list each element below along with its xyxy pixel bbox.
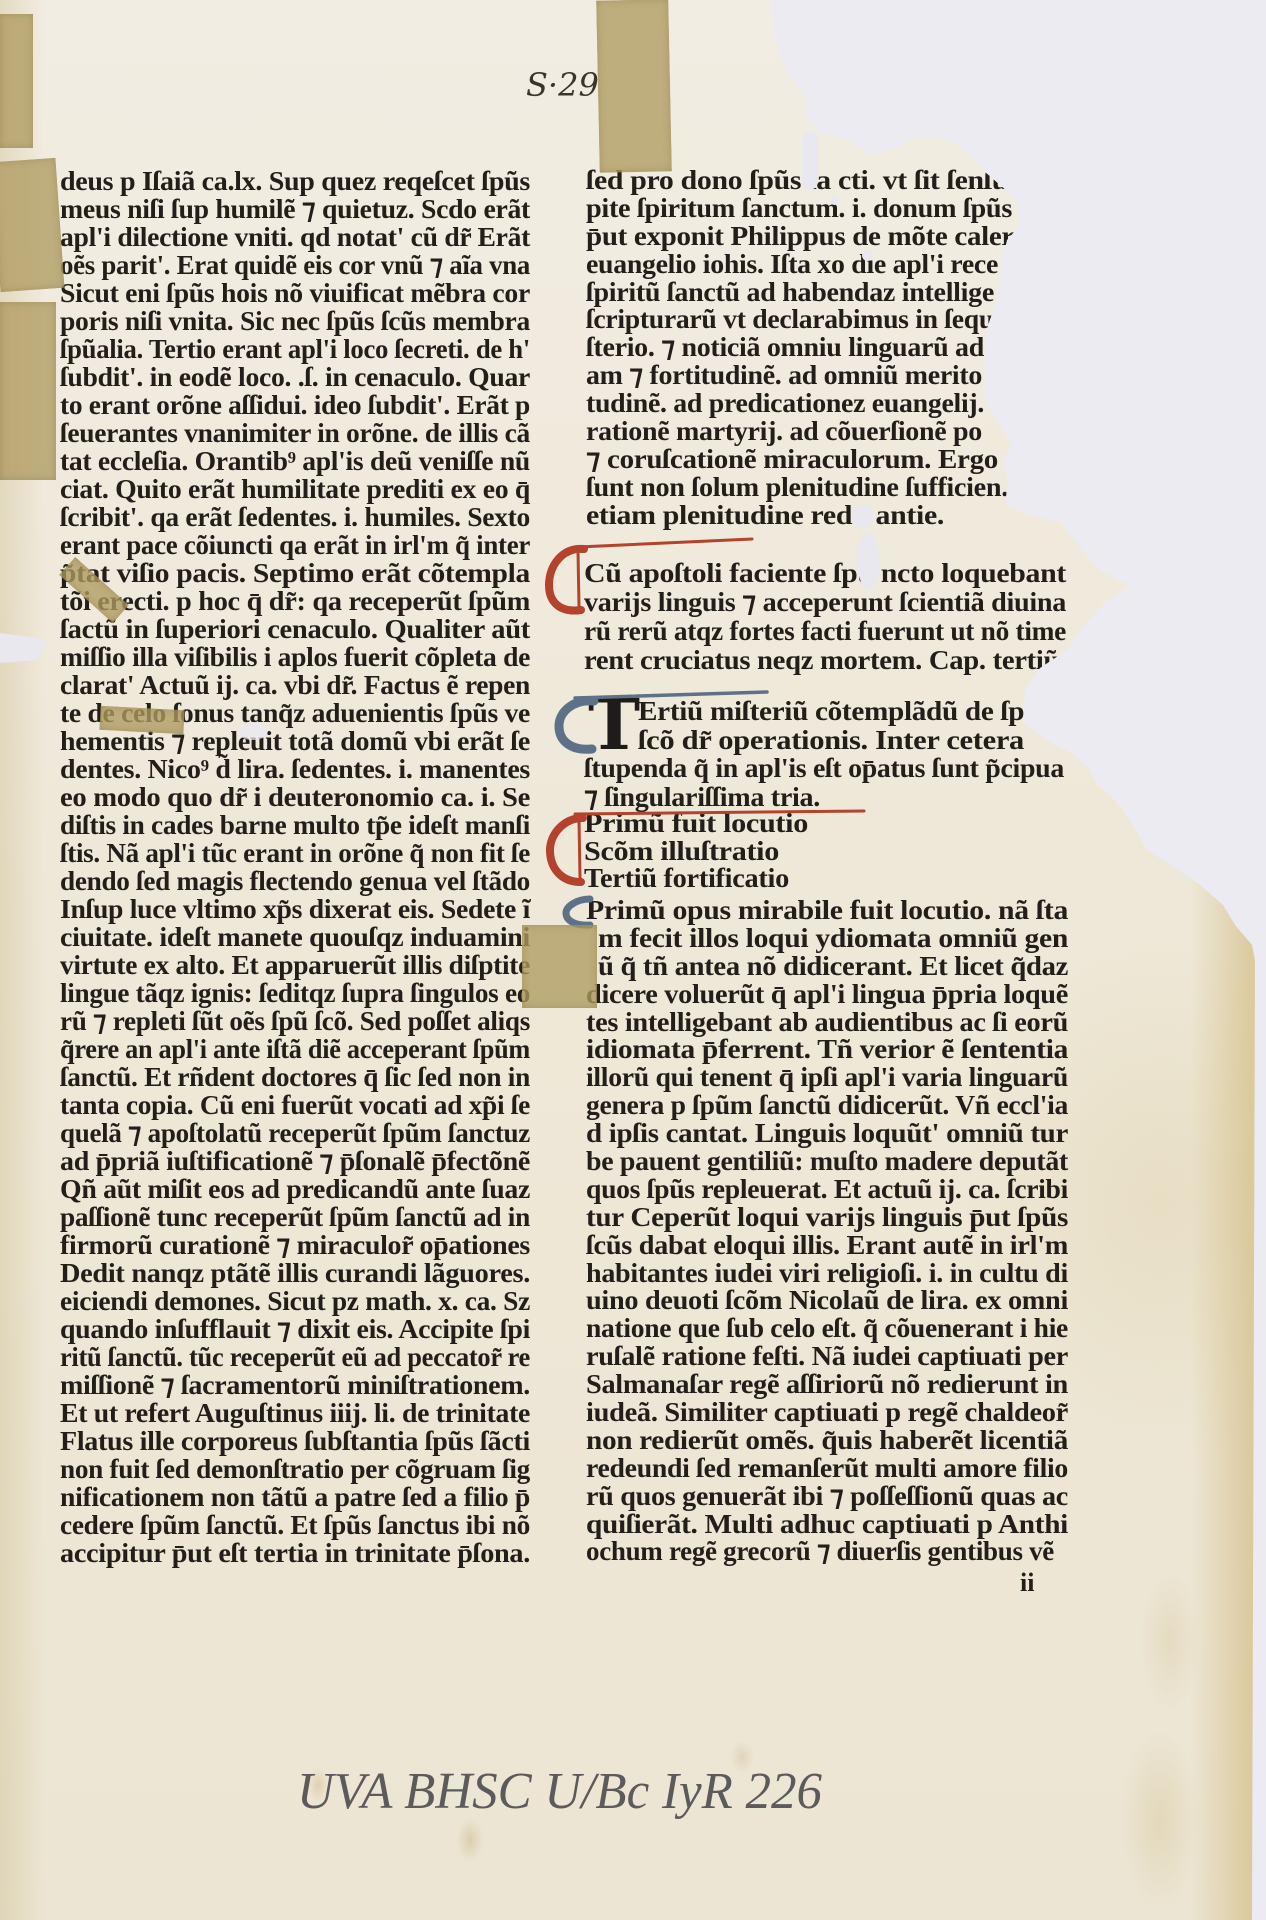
text-line: ſcripturarũ vt declarabimus in ſequ <box>586 306 994 334</box>
text-line: p̄ut exponit Philippus de mõte caler <box>586 223 1014 251</box>
list-item: Tertiũ fortificatio <box>584 865 789 893</box>
text-line: ciat. Quito erãt humilitate prediti ex e… <box>60 475 530 503</box>
text-line: Qñ aũt miſit eos ad predicandũ ante ſuaz <box>60 1175 530 1203</box>
tape-center <box>522 925 597 1008</box>
text-line: dicere voluerũt q̄ apl'i lingua p̄pria l… <box>586 981 1068 1009</box>
text-line: tur Ceperũt loqui varijs linguis p̄ut ſp… <box>586 1204 1068 1232</box>
paper-hole <box>852 505 874 527</box>
text-line: rũ ⁊ repleti ſũt oẽs ſpũ ſcõ. Sed poſſet… <box>60 1007 530 1035</box>
text-line: ſubdit'. in eodẽ loco. .ſ. in cenaculo. … <box>60 363 530 391</box>
text-line: tudinẽ. ad predicationez euangelij. <box>586 390 984 418</box>
text-line: be pauent gentiliũ: muſto madere deputãt <box>586 1148 1068 1176</box>
text-line: p̃tat viſio pacis. Septimo erãt cõtempla <box>60 559 530 587</box>
text-line: ſunt non ſolum plenitudine ſufficien. <box>586 474 1008 502</box>
paper-hole <box>0 633 46 663</box>
text-line: ũ q̃ tñ antea nõ didicerant. Et licet q̃… <box>598 953 1068 981</box>
text-line: iudeã. Similiter captiuati p regẽ chalde… <box>586 1399 1068 1427</box>
text-line: d ipſis cantat. Linguis loquũt' omniũ tu… <box>586 1120 1068 1148</box>
text-line: to erant orõne aſſidui. ideo ſubdit'. Er… <box>60 391 530 419</box>
text-line: clarat' Actuũ ij. ca. vbi dr̃. Factus ẽ … <box>60 671 530 699</box>
right-column-top-block: ſed pro dono ſpũs ſa cti. vt ſit ſenſu p… <box>586 167 1014 530</box>
text-line: Cũ apoſtoli faciente ſpũ ncto loquebant <box>584 559 1066 588</box>
text-line: ſpũalia. Tertio erant apl'i loco ſecreti… <box>60 335 530 363</box>
mysteries-list: Primũ fuit locutio Scõm illuſtratio Tert… <box>584 810 808 893</box>
tape-top <box>596 0 672 173</box>
left-column: deus p Iſaiã ca.lx. Sup quez reqeſcet ſp… <box>60 167 530 1567</box>
text-line: tat eccleſia. Orantib⁹ apl'is deũ veniſſ… <box>60 447 530 475</box>
text-line: quiſierãt. Multi adhuc captiuati p Anthi <box>586 1511 1068 1539</box>
text-line: m fecit illos loqui ydiomata omniũ gen <box>598 925 1068 953</box>
text-line: ciuitate. ideſt manete quouſqz induamini <box>60 923 530 951</box>
text-line: virtute ex alto. Et apparuerũt illis diſ… <box>60 951 530 979</box>
text-line: Inſup luce vltimo xp̃s dixerat eis. Sede… <box>60 895 530 923</box>
text-line: habitantes iudei viri religioſi. i. in c… <box>586 1260 1068 1288</box>
quire-signature: ii <box>1020 1568 1034 1598</box>
text-line: poris niſi vnita. Sic nec ſpũs ſcũs memb… <box>60 307 530 335</box>
text-line: uino deuoti ſcõm Nicolaũ de lira. ex omn… <box>586 1287 1068 1315</box>
text-line: tõi erecti. p hoc q̄ dr̃: qa receperũt ſ… <box>60 587 530 615</box>
text-line: cedere ſpũm ſanctũ. Et ſpũs ſanctus ibi … <box>60 1511 530 1539</box>
text-line: ſtis. Nã apl'i tũc erant in orõne q̃ non… <box>60 839 530 867</box>
tape-left-1 <box>0 14 33 148</box>
red-guide-line <box>578 539 752 547</box>
text-line: ſanctũ. Et rñdent doctores q̄ ſic ſed no… <box>60 1063 530 1091</box>
text-line: Salmanaſar regẽ aſſiriorũ nõ redierunt i… <box>586 1371 1068 1399</box>
text-line: varijs linguis ⁊ acceperunt ſcientiã diu… <box>584 588 1066 617</box>
text-line: Et ut refert Auguſtinus iiij. li. de tri… <box>60 1399 530 1427</box>
text-line: meus niſi ſup humilẽ ⁊ quietuz. Scdo erã… <box>60 195 530 223</box>
text-line: Sicut eni ſpũs hois nõ viuificat mẽbra c… <box>60 279 530 307</box>
text-line: ſpiritũ ſanctũ ad habendaz intellige <box>586 279 994 307</box>
text-line: ſcũs dabat eloqui illis. Erant autẽ in i… <box>586 1232 1068 1260</box>
text-line: Ertiũ miſteriũ cõtemplãdũ de ſpi <box>638 697 1032 726</box>
text-line: deus p Iſaiã ca.lx. Sup quez reqeſcet ſp… <box>60 167 530 195</box>
text-line: lingue tãqz ignis: ſeditqz ſupra ſingulo… <box>60 979 530 1007</box>
text-line: Primũ opus mirabile fuit locutio. nã ſta <box>586 897 1068 925</box>
text-line: apl'i dilectione vniti. qd notat' cũ dr̃… <box>60 223 530 251</box>
chapter-three-opening: Ertiũ miſteriũ cõtemplãdũ de ſpi ſcõ dr̃… <box>584 697 1064 812</box>
handwritten-folio-annotation: S·29 <box>526 66 599 104</box>
text-line: ſactũ in ſuperiori cenaculo. Qualiter aũ… <box>60 615 530 643</box>
text-line: dendo ſed magis flectendo genua vel ſtãd… <box>60 867 530 895</box>
text-line: ſcribit'. qa erãt ſedentes. i. humiles. … <box>60 503 530 531</box>
text-line: ritũ ſanctũ. tũc receperũt eũ ad peccato… <box>60 1343 530 1371</box>
red-list-bracket <box>550 818 583 882</box>
text-line: redeundi ſed remanſerũt multi amore fili… <box>586 1455 1068 1483</box>
text-line: natione que ſub celo eſt. q̃ cõuenerant … <box>586 1315 1068 1343</box>
chapter-heading-block: Cũ apoſtoli faciente ſpũ ncto loquebant … <box>584 559 1066 675</box>
text-line: non fuit ſed demonſtratio per cõgruam ſi… <box>60 1455 530 1483</box>
text-line: illorũ qui tenent q̄ ipſi apl'i varia li… <box>586 1064 1068 1092</box>
text-line: quos ſpũs repleuerat. Et actuũ ij. ca. ſ… <box>586 1176 1068 1204</box>
text-line: euangelio iohis. Iſta xo die apl'i rece <box>586 251 998 279</box>
paper-hole <box>862 250 873 261</box>
text-line: dentes. Nico⁹ d̃ lira. ſedentes. i. mane… <box>60 755 530 783</box>
text-line: pite ſpiritum ſanctum. i. donum ſpũs <box>586 195 1012 223</box>
text-line: etiam plenitudine redu antie. <box>586 502 944 530</box>
text-line: Dedit nanqz ptãtẽ illis curandi lãguores… <box>60 1259 530 1287</box>
text-line: ſterio. ⁊ noticiã omniu linguarũ ad <box>586 334 984 362</box>
paper-hole <box>857 533 879 590</box>
tape-left-3 <box>0 302 56 480</box>
text-line: oẽs parit'. Erat quidẽ eis cor vnũ ⁊ aĩa… <box>60 251 530 279</box>
text-line: ⁊ coruſcationẽ miraculorum. Ergo <box>586 446 998 474</box>
paper-hole <box>830 196 839 205</box>
text-line: genera p ſpũm ſanctũ didicerũt. Vñ eccl'… <box>586 1092 1068 1120</box>
text-line: paſſionẽ tunc receperũt ſpũm ſanctũ ad i… <box>60 1203 530 1231</box>
tape-left-5 <box>99 706 184 734</box>
text-line: rationẽ martyrij. ad cõuerſionẽ po <box>586 418 982 446</box>
text-line: quelã ⁊ apoſtolatũ receperũt ſpũm ſanctu… <box>60 1119 530 1147</box>
text-line: ſcõ dr̃ operationis. Inter cetera <box>638 726 1024 755</box>
text-line: ochum regẽ grecorũ ⁊ diuerſis gentibus v… <box>586 1538 1054 1566</box>
text-line: accipitur p̄ut eſt tertia in trinitate p… <box>60 1539 530 1567</box>
text-line: eo modo quo dr̃ i deuteronomio ca. i. Se <box>60 783 530 811</box>
red-initial-c-stroke <box>549 549 584 611</box>
text-line: rũ quos genuerãt ibi ⁊ poſſeſſionũ quas … <box>586 1483 1068 1511</box>
text-line: nificationem non tãtũ a patre ſed a fili… <box>60 1483 530 1511</box>
text-line: ſeuerantes vnanimiter in orõne. de illis… <box>60 419 530 447</box>
text-line: non redierũt omẽs. q̃uis haberẽt licenti… <box>586 1427 1068 1455</box>
right-column-body: Primũ opus mirabile fuit locutio. nã ſta… <box>586 897 1068 1566</box>
list-item: Primũ fuit locutio <box>584 810 808 838</box>
text-line: erant pace cõiuncti qa erãt in irl'm q̃ … <box>60 531 530 559</box>
text-line: firmorũ curationẽ ⁊ miraculor̃ op̄atione… <box>60 1231 530 1259</box>
paper-hole <box>238 722 268 740</box>
text-line: ruſalẽ ratione feſti. Nã iudei captiuati… <box>586 1343 1068 1371</box>
text-line: eiciendi demones. Sicut pz math. x. ca. … <box>60 1287 530 1315</box>
text-line: am ⁊ fortitudinẽ. ad omniũ merito <box>586 362 982 390</box>
text-line: diſtis in cades barne multo tp̃e ideſt m… <box>60 811 530 839</box>
chapter-title-line: rent cruciatus neqz mortem. Cap. tertiũ. <box>584 646 1066 675</box>
text-line: quando inſufflauit ⁊ dixit eis. Accipite… <box>60 1315 530 1343</box>
text-line: ſtupenda q̃ in apl'is eſt op̄atus ſunt p… <box>584 754 1064 783</box>
text-line: miſſio illa viſibilis i aplos fuerit cõp… <box>60 643 530 671</box>
paper-hole <box>802 132 818 190</box>
library-shelfmark: UVA BHSC U/Bc IyR 226 <box>297 1762 822 1822</box>
text-line: rũ rerũ atqz fortes facti fuerunt ut nõ … <box>584 617 1066 646</box>
text-line: idiomata p̄ferrent. Tñ verior ẽ ſententi… <box>586 1036 1068 1064</box>
tape-left-2 <box>0 158 64 292</box>
text-line: tanta copia. Cũ eni fuerũt vocati ad xp̃… <box>60 1091 530 1119</box>
text-line: Flatus ille corporeus ſubſtantia ſpũs ſã… <box>60 1427 530 1455</box>
text-line: miſſionẽ ⁊ ſacramentorũ miniſtrationem. <box>60 1371 530 1399</box>
text-line: q̃rere an apl'i ante iſtã diẽ acceperant… <box>60 1035 530 1063</box>
incunabulum-page: S·29 deus p Iſaiã ca.lx. Sup quez reqeſc… <box>0 0 1266 1920</box>
text-line: ad p̄priã iuſtificationẽ ⁊ p̄ſonalẽ p̄fe… <box>60 1147 530 1175</box>
text-line: tes intelligebant ab audientibus ac ſi e… <box>586 1009 1068 1037</box>
list-item: Scõm illuſtratio <box>584 838 779 866</box>
